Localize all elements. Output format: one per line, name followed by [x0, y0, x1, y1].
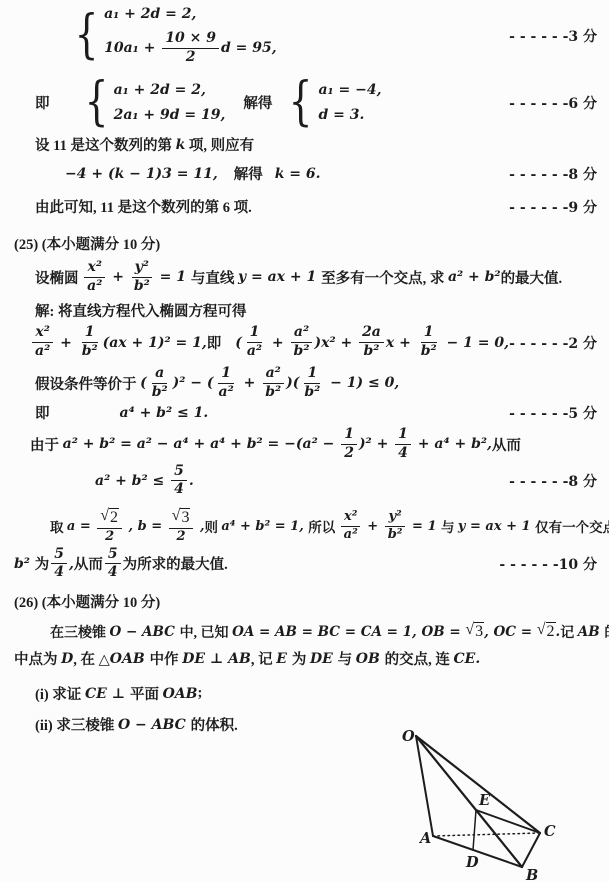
fraction-numerator: 1 — [395, 427, 411, 445]
line-content: x²a² + 1b²(ax + 1)² = 1,即(1a² + a²b²)x² … — [30, 325, 509, 359]
text-run: 为所求的最大值. — [123, 553, 228, 574]
math-run: b² — [152, 385, 168, 401]
fraction-numerator: 1 — [421, 325, 437, 343]
solution-line: 即{a₁ + 2d = 2,2a₁ + 9d = 19,解得{a₁ = −4,d… — [14, 79, 609, 126]
math-run: d = 3. — [318, 107, 364, 123]
text-run: 至多有一个交点, 求 — [321, 267, 448, 288]
fraction: y²b² — [385, 510, 406, 542]
radicand: 2 — [546, 622, 556, 641]
math-run: y² — [135, 260, 149, 276]
math-run: )( — [286, 375, 299, 391]
math-run: a⁴ + b² ≤ 1. — [120, 405, 209, 421]
fraction: 54 — [51, 547, 67, 581]
text-run: 所以 — [308, 516, 338, 536]
fraction-denominator: b² — [291, 343, 313, 360]
fraction: √32 — [169, 508, 194, 545]
fraction-numerator: a² — [291, 325, 312, 343]
line-content: 即{a₁ + 2d = 2,2a₁ + 9d = 19,解得{a₁ = −4,d… — [35, 79, 382, 126]
score-mark: - - - - - -2 分 — [509, 333, 597, 353]
vertex-label-A: A — [418, 830, 431, 847]
math-run: a² + b² = a² − a⁴ + a⁴ + b² = −(a² − — [63, 436, 340, 452]
math-run: a₁ + 2d = 2, — [114, 82, 206, 98]
spacer — [225, 102, 243, 103]
math-run: a² — [266, 366, 281, 382]
math-run: 4 — [398, 446, 408, 462]
solution-line: b² 为54,从而54为所求的最大值.- - - - - -10 分 — [14, 547, 609, 581]
system-rows: a₁ + 2d = 2,10a₁ + 10 × 92d = 95, — [104, 6, 277, 65]
text-run: 与 — [338, 648, 356, 669]
math-run: − 1 = 0, — [442, 335, 509, 351]
solution-line: 由此可知, 11 是这个数列的第 6 项.- - - - - -9 分 — [14, 196, 609, 217]
figure-edge-OE — [416, 736, 476, 810]
text-run: (26) (本小题满分 10 分) — [14, 591, 160, 612]
math-run: 1 — [344, 427, 354, 443]
fraction-denominator: 4 — [51, 564, 67, 581]
text-run: 解得 — [243, 92, 272, 113]
fraction-denominator: 4 — [171, 481, 187, 498]
line-content: 取 a = √22 , b = √32 ,则 a⁴ + b² = 1, 所以 x… — [50, 508, 609, 545]
math-run: a = — [67, 519, 95, 534]
solution-line: x²a² + 1b²(ax + 1)² = 1,即(1a² + a²b²)x² … — [14, 325, 609, 359]
spacer — [263, 173, 275, 174]
math-run: b² — [134, 279, 150, 295]
solution-line: −4 + (k − 1)3 = 11,解得k = 6.- - - - - -8 … — [14, 163, 609, 184]
solution-line: {a₁ + 2d = 2,10a₁ + 10 × 92d = 95,- - - … — [14, 6, 609, 65]
radicand: 2 — [109, 508, 119, 527]
spacer — [272, 102, 284, 103]
fraction-denominator: a² — [216, 384, 237, 401]
equation-system: {a₁ + 2d = 2,2a₁ + 9d = 19, — [80, 79, 226, 126]
math-run: , b = — [124, 519, 167, 534]
text-run: 的最大值. — [501, 267, 563, 288]
math-run: a² — [87, 279, 102, 295]
solution-line: 解: 将直线方程代入椭圆方程可得 — [14, 300, 609, 321]
text-run: 的 — [604, 622, 609, 642]
math-run: = 1 — [155, 269, 191, 285]
fraction: a²b² — [291, 325, 313, 359]
system-row: a₁ + 2d = 2, — [104, 6, 196, 22]
line-content: b² 为54,从而54为所求的最大值. — [14, 547, 228, 581]
math-run: ( — [235, 335, 242, 351]
score-mark: - - - - - -6 分 — [509, 93, 597, 113]
math-run: + — [239, 375, 260, 391]
math-run: x² — [35, 325, 49, 341]
math-run: b² — [82, 344, 98, 360]
math-run: + — [55, 335, 76, 351]
fraction: 10 × 92 — [162, 31, 219, 65]
fraction-denominator: b² — [79, 343, 101, 360]
math-run: a² + b² ≤ — [95, 473, 169, 489]
math-run: k — [176, 137, 186, 153]
spacer — [221, 342, 235, 343]
system-row: 10a₁ + 10 × 92d = 95, — [104, 31, 277, 65]
text-run: 从而 — [74, 553, 103, 574]
text-run: 则 — [205, 516, 222, 536]
spacer — [50, 102, 80, 103]
fraction-numerator: 10 × 9 — [162, 31, 219, 49]
fraction-numerator: 1 — [82, 325, 98, 343]
fraction-denominator: 2 — [341, 445, 357, 462]
fraction-denominator: b² — [301, 384, 323, 401]
fraction-numerator: 5 — [51, 547, 67, 565]
math-run: b² — [304, 385, 320, 401]
math-run: y = ax + 1 — [458, 519, 535, 534]
math-run: 4 — [174, 482, 184, 498]
text-run: 设 11 是这个数列的第 — [35, 134, 176, 155]
equation-system: {a₁ = −4,d = 3. — [284, 79, 381, 126]
text-run: 的体积. — [191, 714, 238, 735]
math-run: O − ABC — [118, 717, 191, 733]
solution-line: 在三棱锥 O − ABC 中, 已知 OA = AB = BC = CA = 1… — [14, 622, 609, 642]
text-run: (i) 求证 — [35, 683, 85, 704]
math-run: b² — [421, 344, 437, 360]
text-run: 与 — [441, 516, 458, 536]
text-run: 仅有一个交点, 且 — [535, 516, 609, 536]
math-run: − 1) ≤ 0, — [325, 375, 399, 391]
math-run: b² — [294, 344, 310, 360]
text-run: 取 — [50, 516, 67, 536]
fraction: 54 — [171, 464, 187, 498]
fraction-numerator: x² — [84, 260, 104, 278]
math-run: D — [61, 651, 73, 667]
fraction-numerator: 1 — [304, 366, 320, 384]
line-content: (i) 求证 CE ⊥ 平面 OAB; — [35, 683, 202, 704]
math-run: b² — [364, 344, 380, 360]
fraction-denominator: 2 — [174, 529, 189, 545]
solution-line: 假设条件等价于 (ab²)² − (1a² + a²b²)(1b² − 1) ≤… — [14, 366, 609, 400]
math-run: . — [189, 473, 194, 489]
fraction-numerator: x² — [32, 325, 52, 343]
math-run: b² — [265, 385, 281, 401]
fraction-numerator: √2 — [97, 508, 122, 529]
line-content: {a₁ + 2d = 2,10a₁ + 10 × 92d = 95, — [70, 6, 277, 65]
system-rows: a₁ + 2d = 2,2a₁ + 9d = 19, — [114, 82, 226, 123]
fraction-numerator: a² — [263, 366, 284, 384]
math-run: 1 — [221, 366, 231, 382]
system-brace: { — [289, 79, 313, 126]
figure-edge-DE — [473, 810, 476, 850]
math-run: 4 — [108, 565, 118, 581]
score-mark: - - - - - -8 分 — [509, 471, 597, 491]
math-run: a² — [294, 325, 309, 341]
system-brace: { — [75, 12, 99, 59]
score-mark: - - - - - -5 分 — [509, 403, 597, 423]
vertex-label-E: E — [478, 792, 491, 809]
text-run: (25) (本小题满分 10 分) — [14, 233, 160, 254]
fraction-numerator: 1 — [218, 366, 234, 384]
radical-sign: √ — [537, 622, 546, 639]
figure-edge-BC — [522, 833, 540, 867]
math-run: 5 — [54, 547, 64, 563]
line-content: 假设条件等价于 (ab²)² − (1a² + a²b²)(1b² − 1) ≤… — [35, 366, 399, 400]
text-run: 从而 — [492, 434, 521, 455]
fraction-numerator: 2a — [359, 325, 384, 343]
system-brace: { — [84, 79, 108, 126]
math-run: 1 — [250, 325, 260, 341]
math-run: (ax + 1)² = 1, — [103, 335, 207, 351]
system-row: 2a₁ + 9d = 19, — [114, 107, 226, 123]
math-run: DE — [310, 651, 338, 667]
fraction-numerator: y² — [132, 260, 152, 278]
fraction: 1a² — [244, 325, 265, 359]
text-run: 由于 — [30, 434, 63, 455]
math-run: OAB — [110, 651, 150, 667]
tetrahedron-figure: OABCDE — [380, 705, 609, 882]
fraction-denominator: a² — [341, 527, 361, 543]
system-rows: a₁ = −4,d = 3. — [318, 82, 381, 123]
vertex-label-O: O — [402, 728, 415, 745]
text-run: 即 — [35, 402, 50, 423]
math-run: a² — [344, 528, 358, 543]
math-run: OA = AB = BC = CA = 1, OB = — [232, 624, 465, 640]
math-run: O − ABC — [110, 624, 180, 640]
figure-edge-OC — [416, 736, 540, 833]
fraction: y²b² — [131, 260, 153, 294]
text-run: 平面 — [130, 683, 163, 704]
fraction-denominator: 4 — [395, 445, 411, 462]
text-run: ; — [197, 685, 202, 702]
line-content: 解: 将直线方程代入椭圆方程可得 — [35, 300, 246, 321]
math-run: )x² + — [314, 335, 357, 351]
vertex-label-C: C — [544, 823, 556, 840]
math-run: 2 — [177, 530, 186, 545]
math-run: CE. — [454, 651, 481, 667]
math-run: 2 — [105, 530, 114, 545]
math-run: −4 + (k − 1)3 = 11, — [65, 166, 218, 182]
fraction-numerator: a — [152, 366, 167, 384]
math-run: a₁ + 2d = 2, — [104, 6, 196, 22]
solution-line: 中点为 D, 在 △OAB 中作 DE ⊥ AB, 记 E 为 DE 与 OB … — [14, 648, 609, 669]
math-run: a² — [247, 344, 262, 360]
math-run: d = 95, — [221, 40, 277, 56]
fraction: 1b² — [79, 325, 101, 359]
fraction-denominator: b² — [385, 527, 406, 543]
text-run: (ii) 求三棱锥 — [35, 714, 118, 735]
math-run: a² — [35, 344, 50, 360]
line-content: 设 11 是这个数列的第 k 项, 则应有 — [35, 134, 254, 155]
math-run: E — [276, 651, 292, 667]
math-run: b² — [388, 528, 403, 543]
sqrt-expression: √2 — [100, 508, 119, 527]
fraction-denominator: 2 — [102, 529, 117, 545]
line-content: (26) (本小题满分 10 分) — [14, 591, 160, 612]
system-row: d = 3. — [318, 107, 364, 123]
line-content: 在三棱锥 O − ABC 中, 已知 OA = AB = BC = CA = 1… — [50, 622, 609, 642]
text-run: 中, 已知 — [180, 622, 233, 642]
math-run: a² + b² — [448, 269, 501, 285]
fraction-denominator: a² — [84, 278, 105, 295]
math-run: , — [195, 519, 204, 534]
document-page: {a₁ + 2d = 2,10a₁ + 10 × 92d = 95,- - - … — [0, 0, 609, 882]
score-mark: - - - - - -10 分 — [499, 554, 597, 574]
score-mark: - - - - - -3 分 — [509, 26, 597, 46]
fraction: x²a² — [32, 325, 53, 359]
fraction: 14 — [395, 427, 411, 461]
radicand: 3 — [180, 508, 190, 527]
text-run: , 在 △ — [73, 648, 110, 669]
system-row: a₁ = −4, — [318, 82, 381, 98]
text-run: 由此可知, 11 是这个数列的第 6 项. — [35, 196, 252, 217]
math-run: y² — [388, 510, 401, 525]
math-run: x + — [386, 335, 416, 351]
solution-line: (25) (本小题满分 10 分) — [14, 233, 609, 254]
math-run: b² — [14, 556, 35, 572]
math-run: a₁ = −4, — [318, 82, 381, 98]
fraction-denominator: b² — [149, 384, 171, 401]
text-run: 假设条件等价于 — [35, 373, 140, 394]
fraction-denominator: a² — [32, 343, 53, 360]
math-run: 2a — [362, 325, 381, 341]
fraction-denominator: b² — [361, 343, 383, 360]
math-run: OAB — [163, 686, 198, 702]
fraction-denominator: b² — [418, 343, 440, 360]
math-run: 2 — [344, 446, 354, 462]
fraction: 1b² — [418, 325, 440, 359]
solution-line: 由于 a² + b² = a² − a⁴ + a⁴ + b² = −(a² − … — [14, 427, 609, 461]
math-run: k = 6. — [275, 166, 321, 182]
math-run: )² − ( — [173, 375, 214, 391]
solution-line: a² + b² ≤ 54.- - - - - -8 分 — [14, 464, 609, 498]
fraction-denominator: a² — [244, 343, 265, 360]
fraction: 1a² — [216, 366, 237, 400]
fraction: √22 — [97, 508, 122, 545]
fraction-numerator: 1 — [247, 325, 263, 343]
text-run: 记 — [560, 622, 578, 642]
math-run: 2a₁ + 9d = 19, — [114, 107, 226, 123]
math-run: a² — [219, 385, 234, 401]
fraction: a²b² — [262, 366, 284, 400]
math-run: 1 — [307, 366, 317, 382]
text-run: 即 — [207, 332, 222, 353]
fraction: 1b² — [301, 366, 323, 400]
line-content: 由此可知, 11 是这个数列的第 6 项. — [35, 196, 252, 217]
math-run: 2 — [186, 50, 196, 66]
math-run: OB — [356, 651, 385, 667]
fraction-denominator: b² — [262, 384, 284, 401]
math-run: + — [363, 519, 383, 534]
math-run: 5 — [174, 464, 184, 480]
fraction: x²a² — [341, 510, 361, 542]
math-run: CE ⊥ — [85, 686, 130, 702]
solution-line: 设椭圆 x²a² + y²b² = 1 与直线 y = ax + 1 至多有一个… — [14, 260, 609, 294]
vertex-label-B: B — [525, 867, 538, 882]
sqrt-expression: √3 — [465, 622, 484, 641]
radicand: 3 — [474, 622, 484, 641]
text-run: 解: 将直线方程代入椭圆方程可得 — [35, 300, 246, 321]
math-run: = 1 — [408, 519, 442, 534]
text-run: 中作 — [150, 648, 183, 669]
line-content: (25) (本小题满分 10 分) — [14, 233, 160, 254]
spacer — [50, 412, 120, 413]
fraction-numerator: x² — [341, 510, 360, 527]
equation-system: {a₁ + 2d = 2,10a₁ + 10 × 92d = 95, — [70, 6, 277, 65]
system-row: a₁ + 2d = 2, — [114, 82, 206, 98]
math-run: 4 — [54, 565, 64, 581]
math-run: a⁴ + b² = 1, — [221, 519, 308, 534]
math-run: + — [267, 335, 288, 351]
math-run: 10 × 9 — [165, 31, 216, 47]
spacer — [218, 173, 234, 174]
math-run: a — [155, 366, 164, 382]
math-run: 1 — [424, 325, 434, 341]
score-mark: - - - - - -8 分 — [509, 164, 597, 184]
math-run: y = ax + 1 — [238, 269, 321, 285]
line-content: −4 + (k − 1)3 = 11,解得k = 6. — [65, 163, 321, 184]
line-content: 即a⁴ + b² ≤ 1. — [35, 402, 208, 423]
fraction: 12 — [341, 427, 357, 461]
radical-sign: √ — [465, 622, 474, 639]
text-run: 在三棱锥 — [50, 622, 110, 642]
math-run: 10a₁ + — [104, 40, 160, 56]
line-content: a² + b² ≤ 54. — [95, 464, 194, 498]
text-run: 中点为 — [14, 648, 61, 669]
text-run: 项, 则应有 — [185, 134, 254, 155]
fraction-denominator: 2 — [183, 49, 199, 66]
radical-sign: √ — [100, 508, 109, 525]
math-run: ( — [140, 375, 147, 391]
text-run: 与直线 — [191, 267, 238, 288]
solution-line: 取 a = √22 , b = √32 ,则 a⁴ + b² = 1, 所以 x… — [14, 508, 609, 545]
math-run: + a⁴ + b², — [413, 436, 492, 452]
solution-line: (26) (本小题满分 10 分) — [14, 591, 609, 612]
math-run: , OC = — [484, 624, 537, 640]
text-run: 为 — [292, 648, 310, 669]
math-run: 1 — [85, 325, 95, 341]
math-run: 5 — [108, 547, 118, 563]
fraction-numerator: y² — [385, 510, 404, 527]
math-run: AB — [578, 624, 605, 640]
math-run: x² — [344, 510, 357, 525]
text-run: 的交点, 连 — [385, 648, 454, 669]
fraction-numerator: 5 — [105, 547, 121, 565]
text-run: 设椭圆 — [35, 267, 82, 288]
solution-body: {a₁ + 2d = 2,10a₁ + 10 × 92d = 95,- - - … — [0, 0, 609, 735]
math-run: )² + — [359, 436, 393, 452]
text-run: 为 — [35, 553, 50, 574]
sqrt-expression: √2 — [537, 622, 556, 641]
math-run: x² — [87, 260, 101, 276]
math-run: 1 — [398, 427, 408, 443]
radical-sign: √ — [172, 508, 181, 525]
figure-edge-OA — [416, 736, 433, 836]
fraction: 2ab² — [359, 325, 384, 359]
figure-edge-AC — [433, 833, 540, 836]
text-run: , 记 — [251, 648, 276, 669]
line-content: (ii) 求三棱锥 O − ABC 的体积. — [35, 714, 238, 735]
fraction-denominator: b² — [131, 278, 153, 295]
fraction-numerator: √3 — [169, 508, 194, 529]
sqrt-expression: √3 — [172, 508, 191, 527]
fraction-numerator: 1 — [341, 427, 357, 445]
score-mark: - - - - - -9 分 — [509, 197, 597, 217]
text-run: 即 — [35, 92, 50, 113]
line-content: 由于 a² + b² = a² − a⁴ + a⁴ + b² = −(a² − … — [30, 427, 521, 461]
solution-line: (i) 求证 CE ⊥ 平面 OAB; — [14, 683, 609, 704]
vertex-label-D: D — [465, 854, 479, 871]
fraction-denominator: 4 — [105, 564, 121, 581]
fraction: 54 — [105, 547, 121, 581]
line-content: 设椭圆 x²a² + y²b² = 1 与直线 y = ax + 1 至多有一个… — [35, 260, 562, 294]
fraction: ab² — [149, 366, 171, 400]
math-run: DE ⊥ AB — [182, 651, 251, 667]
fraction: x²a² — [84, 260, 105, 294]
fraction-numerator: 5 — [171, 464, 187, 482]
math-run: + — [107, 269, 128, 285]
solution-line: 设 11 是这个数列的第 k 项, 则应有 — [14, 134, 609, 155]
solution-line: 即a⁴ + b² ≤ 1.- - - - - -5 分 — [14, 402, 609, 423]
text-run: 解得 — [234, 163, 263, 184]
line-content: 中点为 D, 在 △OAB 中作 DE ⊥ AB, 记 E 为 DE 与 OB … — [14, 648, 480, 669]
